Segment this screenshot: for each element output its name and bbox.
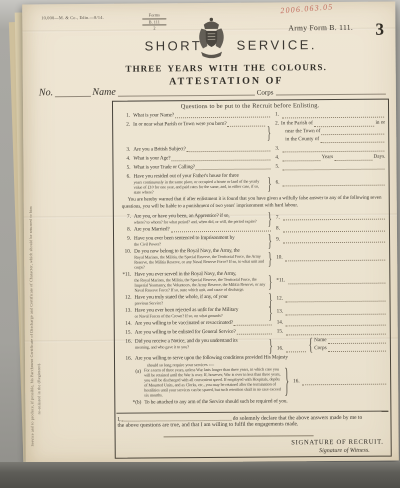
name-fill-line bbox=[118, 93, 255, 97]
brace-glyph: } bbox=[268, 336, 272, 356]
signature-of-witness-label: Signature of Witness. bbox=[118, 448, 388, 456]
question-number: 7. bbox=[116, 213, 131, 225]
question-number: 4. bbox=[115, 155, 130, 163]
margin-note: Service and to produce, if possible, his… bbox=[27, 38, 34, 446]
questions-box: Questions to be put to the Recruit befor… bbox=[112, 99, 392, 459]
question-row: 9.Have you ever been sentenced to Impris… bbox=[116, 233, 386, 247]
dotted-answer-line bbox=[286, 332, 386, 336]
dotted-answer-line bbox=[283, 228, 385, 232]
brace-glyph: } bbox=[268, 230, 272, 250]
question-subtext: years continuously in the same place, or… bbox=[134, 179, 267, 195]
answer-cell: 13. bbox=[277, 308, 387, 317]
dotted-answer-line bbox=[328, 349, 386, 352]
answer-number: 7. bbox=[276, 214, 280, 222]
answer-number: *11. bbox=[276, 277, 285, 285]
brace-glyph: } bbox=[267, 208, 271, 228]
dotted-answer-line bbox=[171, 228, 271, 232]
identity-line: No. Name Corps bbox=[39, 85, 388, 99]
answer-number: 6. bbox=[276, 179, 280, 187]
dotted-answer-line bbox=[321, 131, 384, 134]
condition-row: *(b)To be attached to any arm of the Ser… bbox=[117, 398, 387, 407]
answer-cell: 6. bbox=[276, 178, 386, 187]
dotted-answer-line bbox=[334, 157, 372, 160]
declaration-text-2: the above questions are true, and that I… bbox=[117, 421, 387, 429]
corps-label: Corps bbox=[257, 89, 274, 97]
photo-bottom-band bbox=[0, 462, 400, 488]
corps-fill-line bbox=[275, 92, 385, 96]
answer-cell: 10. bbox=[276, 254, 386, 263]
dotted-answer-line bbox=[303, 382, 387, 386]
question-number: 1. bbox=[115, 113, 130, 121]
answer-cell: 16.{NameCorps bbox=[277, 337, 387, 353]
question-subtext: where? to whom? for what period? and, wh… bbox=[134, 219, 267, 225]
question-number: 12. bbox=[116, 295, 131, 307]
answer-number: 16. bbox=[293, 379, 300, 387]
question-text: In or near what Parish or Town were you … bbox=[133, 121, 226, 129]
dotted-answer-line bbox=[288, 280, 385, 284]
question-number: 3. bbox=[115, 146, 130, 154]
answer-number: 9. bbox=[276, 236, 280, 244]
question-text: Are you a British Subject? bbox=[133, 146, 185, 153]
dotted-answer-line bbox=[283, 182, 385, 186]
question-subtext: previous Service? bbox=[135, 301, 268, 307]
dotted-answer-line bbox=[286, 349, 306, 352]
warning-text: You are hereby warned that if after enli… bbox=[122, 196, 384, 211]
answer-cell: 4.YearsDays. bbox=[275, 153, 385, 162]
answer-cell: 12. bbox=[276, 295, 386, 304]
question-subtext: or Naval Forces of the Crown? If so, on … bbox=[135, 314, 268, 320]
answer-cell: *11. bbox=[276, 277, 386, 286]
question-row: 10.Do you now belong to the Royal Navy, … bbox=[116, 246, 386, 270]
dotted-answer-line bbox=[283, 239, 385, 243]
page-number: 3 bbox=[375, 20, 384, 40]
recruit-signature-line bbox=[164, 433, 314, 437]
question-row: 16.Did you receive a Notice, and do you … bbox=[117, 337, 387, 355]
signature-of-recruit-label: SIGNATURE OF RECRUIT. bbox=[118, 439, 388, 448]
condition-row: (a)For a term of three years, unless War… bbox=[117, 367, 387, 399]
document-paper: Service and to produce, if possible, his… bbox=[22, 2, 399, 464]
dotted-answer-line bbox=[171, 157, 270, 161]
answer-number: 4. bbox=[275, 154, 279, 162]
no-fill-line bbox=[55, 94, 90, 97]
printer-imprint: 10,000—M. & Co., Edin.—8/14. bbox=[41, 15, 104, 20]
subtitle-three-years: THREE YEARS WITH THE COLOURS. bbox=[63, 62, 390, 75]
brace-glyph: } bbox=[268, 303, 272, 323]
brace-glyph: } bbox=[268, 271, 272, 291]
question-number: *11. bbox=[116, 272, 131, 294]
question-number: 15. bbox=[117, 330, 132, 338]
dotted-answer-line bbox=[282, 115, 384, 119]
dotted-answer-line bbox=[314, 124, 375, 127]
answer-number: 3. bbox=[275, 145, 279, 153]
question-row: 7.Are you, or have you been, an Apprenti… bbox=[116, 211, 386, 225]
dotted-answer-line bbox=[286, 323, 386, 327]
question-number: 13. bbox=[117, 308, 132, 320]
dotted-answer-line bbox=[320, 139, 384, 143]
declaration: I, do solemnly declare that the above an… bbox=[117, 415, 387, 456]
question-subtext: the Royal Marines, the Militia, the Spec… bbox=[134, 278, 267, 294]
answer-number: 12. bbox=[276, 296, 283, 304]
brace-glyph: { bbox=[308, 332, 313, 359]
brace-glyph: } bbox=[267, 122, 271, 142]
answer-cell: 14. bbox=[277, 319, 387, 328]
question-row: *11.Have you ever served in the Royal Na… bbox=[116, 270, 386, 294]
question-number: 16. bbox=[117, 356, 132, 368]
answer-number: 10. bbox=[276, 254, 283, 262]
question-subtext: meaning, and who gave it to you? bbox=[135, 345, 268, 351]
question-text: Are you Married? bbox=[134, 226, 170, 233]
question-number: 9. bbox=[116, 235, 131, 247]
question-row: 16.Are you willing to serve upon the fol… bbox=[117, 354, 387, 368]
no-label: No. bbox=[39, 87, 53, 98]
army-form-number: Army Form B. 111. bbox=[288, 23, 353, 33]
question-row: 2.In or near what Parish or Town were yo… bbox=[115, 120, 385, 146]
dotted-answer-line bbox=[196, 166, 271, 170]
dotted-answer-line bbox=[286, 312, 386, 316]
question-number: 10. bbox=[116, 248, 131, 270]
answer-cell: 5. bbox=[275, 162, 385, 171]
answer-cell: 8. bbox=[276, 224, 386, 233]
question-rows: 1.What is your Name?1.2.In or near what … bbox=[115, 110, 387, 411]
answer-label: Name bbox=[314, 337, 326, 345]
question-number: 14. bbox=[117, 321, 132, 329]
forms-reference-box: Forms B. 111 2 bbox=[139, 12, 169, 31]
answer-number: 8. bbox=[276, 225, 280, 233]
question-text: What is your Trade or Calling? bbox=[133, 164, 194, 171]
dotted-answer-line bbox=[286, 299, 386, 303]
answer-number: 1. bbox=[275, 112, 279, 120]
dotted-answer-line bbox=[286, 257, 386, 261]
question-subtext: the Civil Power? bbox=[134, 241, 267, 247]
answer-unit: Days. bbox=[373, 153, 385, 161]
brace-glyph: } bbox=[268, 248, 272, 268]
dotted-answer-line bbox=[237, 332, 272, 335]
question-row: 13.Have you ever been rejected as unfit … bbox=[117, 306, 387, 320]
answer-number: 16. bbox=[277, 346, 284, 354]
title-service: SERVICE. bbox=[236, 37, 317, 53]
dotted-answer-line bbox=[175, 115, 270, 119]
answer-number: 15. bbox=[277, 329, 284, 337]
answer-cell: 1. bbox=[275, 111, 385, 120]
answer-cell: 9. bbox=[276, 235, 386, 244]
question-row: 12.Have you truly stated the whole, if a… bbox=[116, 293, 386, 307]
forms-sub-number: 2 bbox=[139, 25, 169, 31]
condition-label: (a) bbox=[126, 369, 141, 399]
question-number: 8. bbox=[116, 226, 131, 234]
dotted-answer-line bbox=[187, 148, 271, 152]
margin-note: re-enlisted in the (Regiment). bbox=[35, 114, 41, 414]
photo-background: Service and to produce, if possible, his… bbox=[0, 0, 400, 488]
answer-unit: Years bbox=[322, 154, 334, 162]
question-number: 6. bbox=[116, 173, 131, 195]
dotted-answer-line bbox=[283, 217, 385, 221]
question-subtext: Royal Marines, the Militia, the Special … bbox=[134, 254, 267, 270]
question-text: Are you willing to be vaccinated or reva… bbox=[135, 320, 233, 328]
declaration-separator bbox=[116, 411, 388, 414]
condition-text: To be attached to any arm of the Service… bbox=[144, 399, 287, 407]
answer-cell: 15. bbox=[277, 328, 387, 337]
answer-number: 14. bbox=[277, 320, 284, 328]
question-row: 6.Have you resided out of your Father's … bbox=[116, 171, 386, 195]
brace-glyph: } bbox=[267, 173, 271, 193]
name-label: Name bbox=[92, 87, 115, 98]
condition-label: *(b) bbox=[126, 400, 141, 407]
declaration-section: I, do solemnly declare that the above an… bbox=[117, 409, 387, 456]
dotted-answer-line bbox=[228, 124, 265, 127]
answer-cell: 2.In the Parish ofin ornear the Town ofi… bbox=[275, 120, 385, 144]
handwritten-accession-number: 2006.063.05 bbox=[280, 2, 334, 15]
answer-number: 2. bbox=[275, 121, 279, 129]
answer-number: 5. bbox=[275, 163, 279, 171]
answer-tail: in or bbox=[375, 120, 385, 128]
brace-glyph: } bbox=[284, 364, 289, 401]
question-text: Are you willing to be enlisted for Gener… bbox=[135, 329, 236, 337]
answer-label: Corps bbox=[314, 345, 326, 353]
question-text: What is your Age? bbox=[133, 155, 170, 162]
answer-cell: 16. bbox=[293, 378, 387, 387]
question-number: 16. bbox=[117, 339, 132, 355]
question-text: What is your Name? bbox=[133, 112, 174, 119]
condition-text: For a term of three years, unless War la… bbox=[144, 368, 283, 399]
answer-number: 13. bbox=[277, 309, 284, 317]
dotted-answer-line bbox=[282, 166, 384, 170]
dotted-answer-line bbox=[282, 158, 320, 161]
question-number: 2. bbox=[115, 122, 130, 146]
title-short: SHORT bbox=[144, 38, 202, 53]
question-number: 5. bbox=[115, 164, 130, 172]
answer-cell: 3. bbox=[275, 144, 385, 153]
dotted-answer-line bbox=[234, 323, 272, 326]
answer-cell: 7. bbox=[276, 213, 386, 222]
dotted-answer-line bbox=[282, 148, 384, 152]
answer-label: in the County of bbox=[285, 136, 319, 144]
dotted-answer-line bbox=[328, 341, 386, 344]
